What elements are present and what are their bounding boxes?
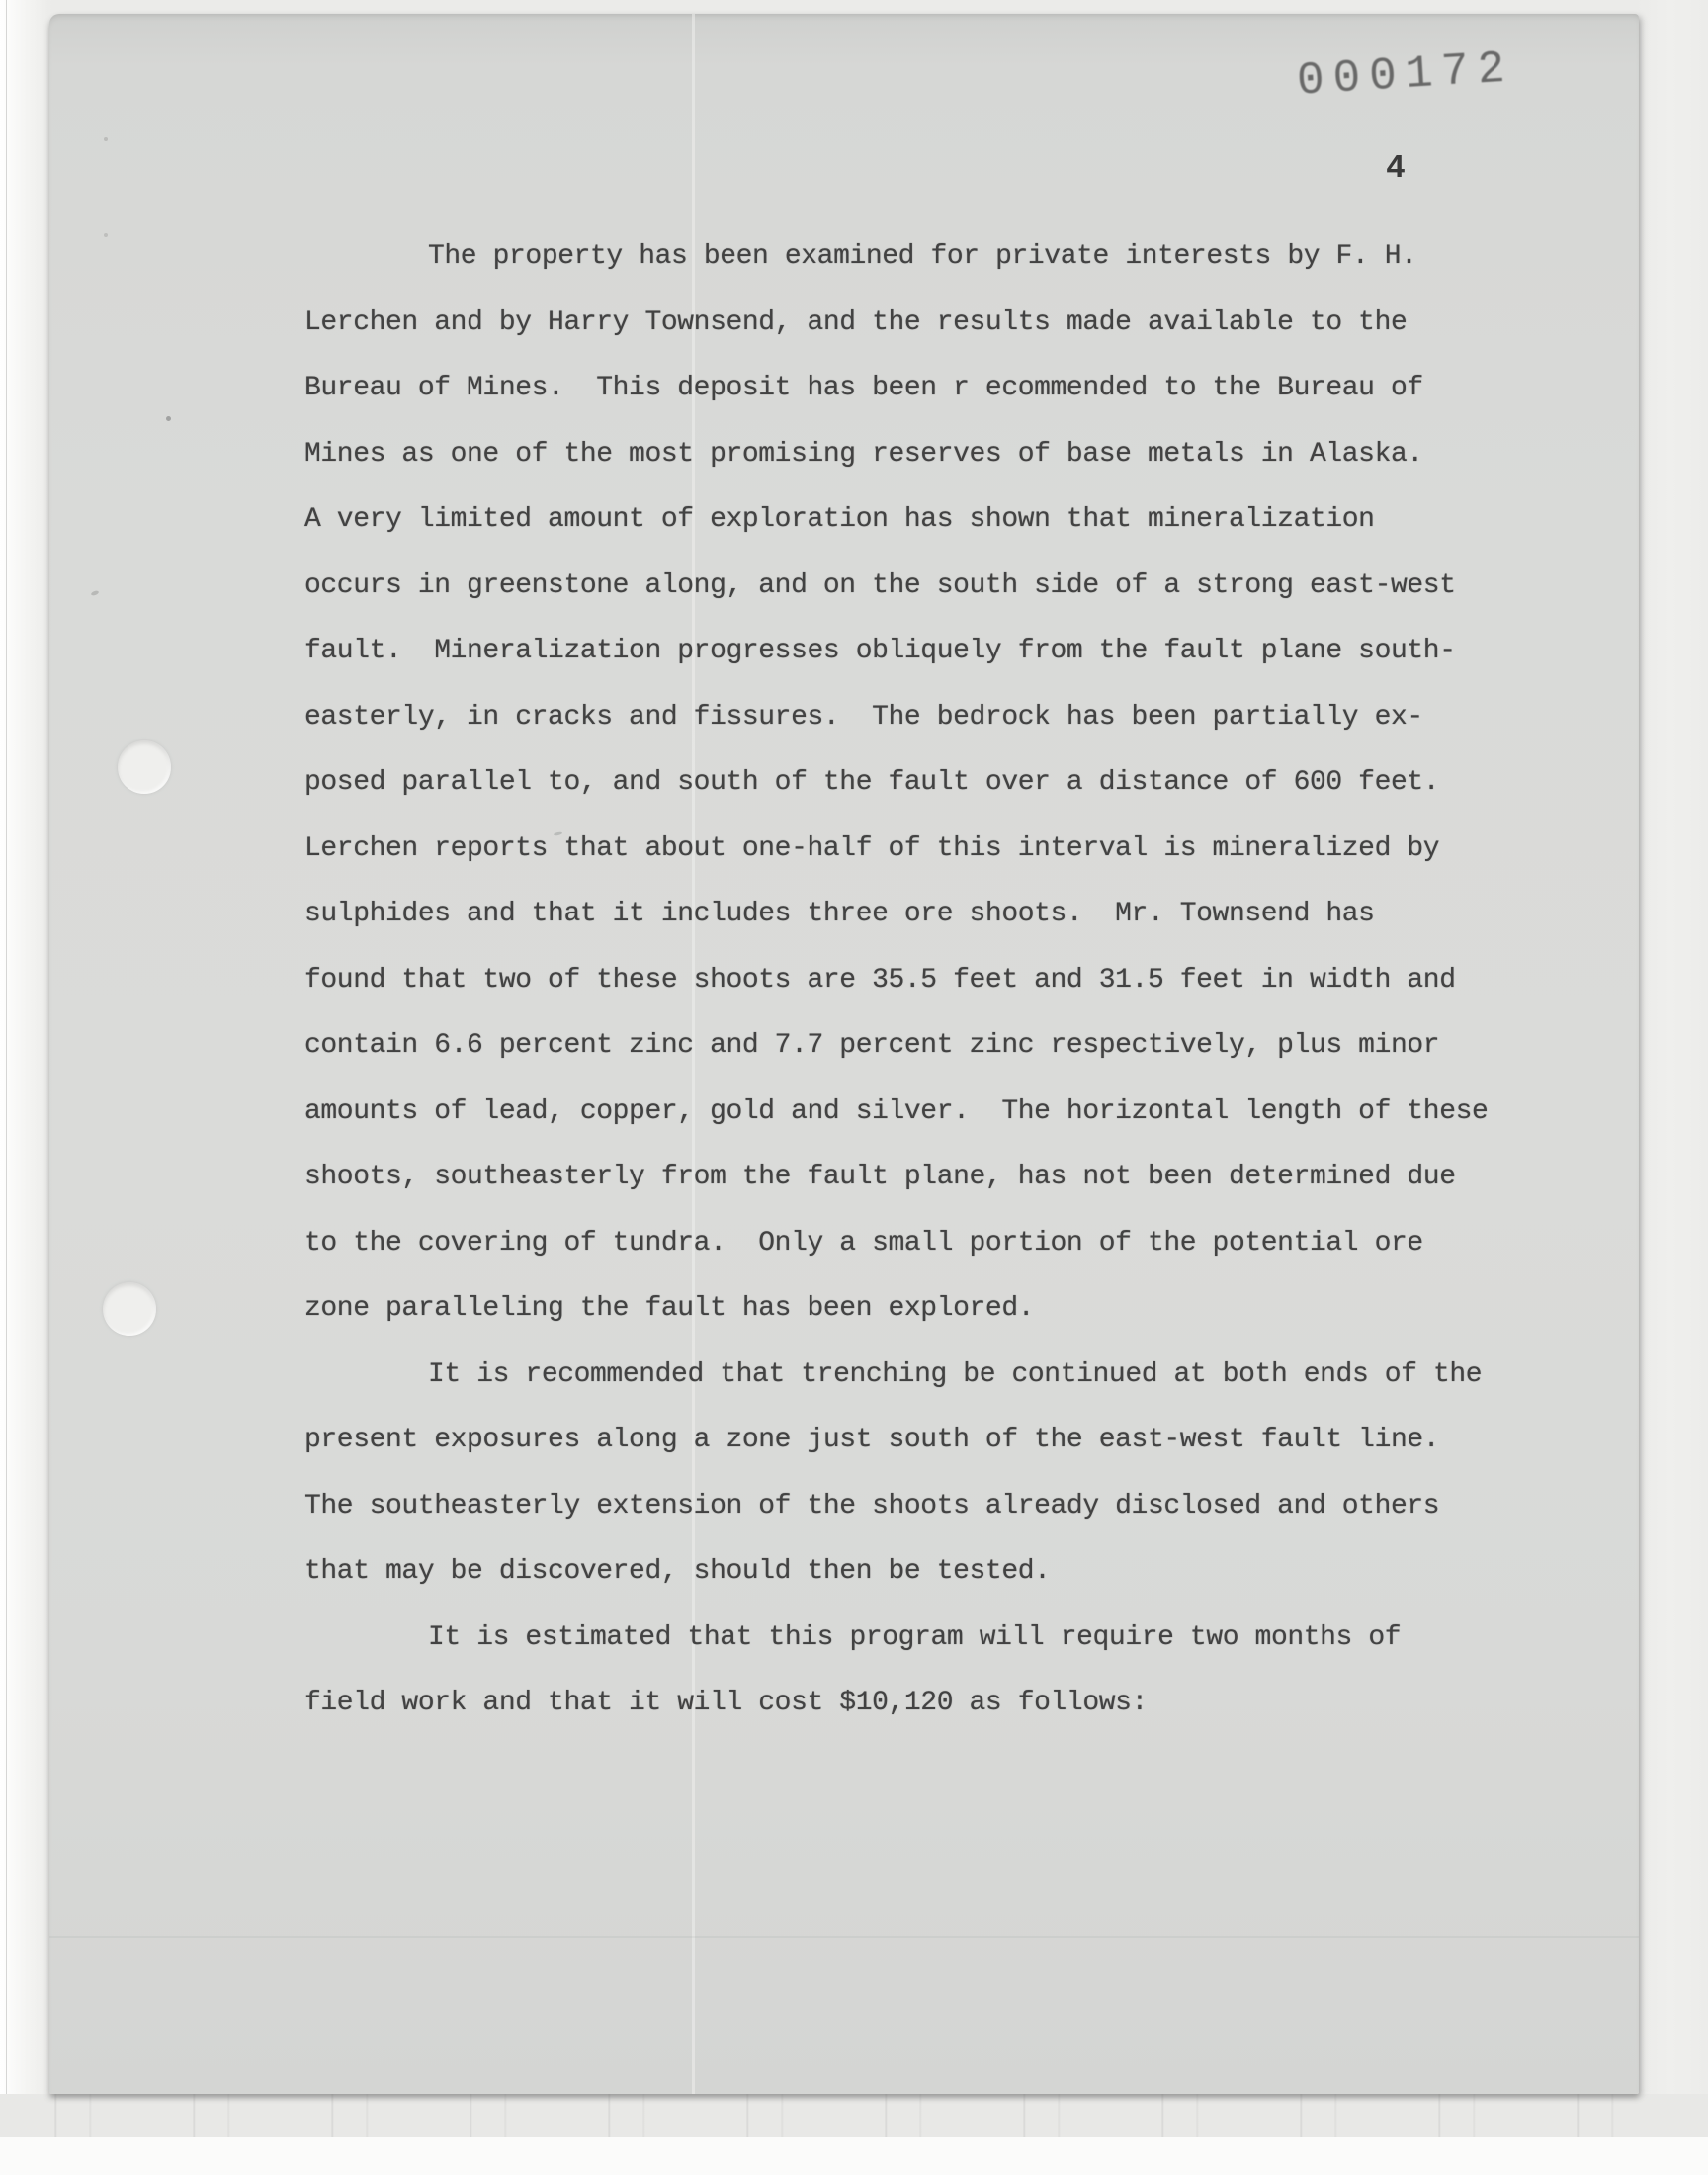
text-line: field work and that it will cost $10,120…: [304, 1671, 1589, 1737]
text-line: posed parallel to, and south of the faul…: [304, 750, 1589, 817]
scanner-background: 000172 4 The property has been examined …: [0, 0, 1708, 2175]
text-line: to the covering of tundra. Only a small …: [304, 1211, 1589, 1277]
punch-hole-bottom: [103, 1282, 156, 1336]
scanner-bed-band: [0, 2094, 1708, 2137]
scan-edge-line: [6, 0, 7, 2175]
punch-hole-top: [118, 740, 171, 794]
text-line: that may be discovered, should then be t…: [304, 1539, 1589, 1606]
text-line: fault. Mineralization progresses oblique…: [304, 619, 1589, 685]
paper-crease-horizontal: [49, 1936, 1639, 1938]
text-line: A very limited amount of exploration has…: [304, 487, 1589, 554]
text-line: It is estimated that this program will r…: [304, 1606, 1589, 1672]
paper-speck: [104, 137, 108, 141]
text-line: zone paralleling the fault has been expl…: [304, 1276, 1589, 1343]
text-line: contain 6.6 percent zinc and 7.7 percent…: [304, 1013, 1589, 1080]
text-line: shoots, southeasterly from the fault pla…: [304, 1145, 1589, 1211]
serial-number-stamp: 000172: [1296, 43, 1515, 107]
text-line: occurs in greenstone along, and on the s…: [304, 554, 1589, 620]
text-line: The property has been examined for priva…: [304, 224, 1589, 291]
text-line: sulphides and that it includes three ore…: [304, 882, 1589, 948]
text-line: present exposures along a zone just sout…: [304, 1408, 1589, 1474]
paper-speck: [166, 416, 171, 421]
text-line: Lerchen reports that about one-half of t…: [304, 817, 1589, 883]
text-line: amounts of lead, copper, gold and silver…: [304, 1080, 1589, 1146]
paper-speck: [104, 233, 108, 237]
paper-speck: [91, 590, 100, 596]
text-line: easterly, in cracks and fissures. The be…: [304, 685, 1589, 751]
text-line: Lerchen and by Harry Townsend, and the r…: [304, 291, 1589, 357]
text-line: Bureau of Mines. This deposit has been r…: [304, 356, 1589, 422]
text-line: It is recommended that trenching be cont…: [304, 1343, 1589, 1409]
text-line: The southeasterly extension of the shoot…: [304, 1474, 1589, 1540]
typewritten-text-body: The property has been examined for priva…: [304, 224, 1589, 1737]
text-line: found that two of these shoots are 35.5 …: [304, 948, 1589, 1014]
text-line: Mines as one of the most promising reser…: [304, 422, 1589, 488]
scanner-bed-white: [0, 2137, 1708, 2175]
page-number: 4: [1386, 150, 1406, 187]
document-page: 000172 4 The property has been examined …: [49, 14, 1639, 2094]
